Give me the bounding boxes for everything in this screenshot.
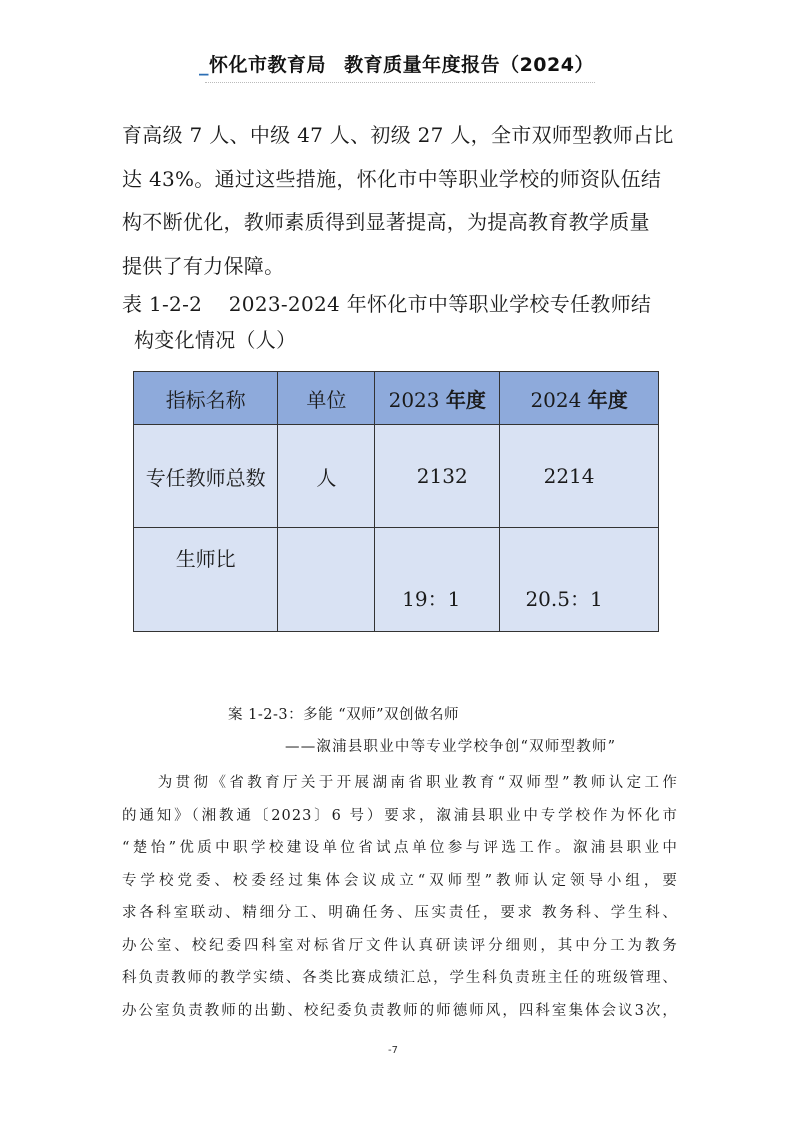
teacher-structure-table: 指标名称 单位 2023 年度 2024 年度 专任教师总数 人 2132 22…: [133, 371, 659, 632]
case-line: 科负责教师的教学实绩、各类比赛成绩汇总，学生科负责班主任的班级管理、: [122, 962, 678, 995]
case-line: 为贯彻《省教育厅关于开展湖南省职业教育“双师型”教师认定工作: [122, 767, 678, 800]
case-line: “楚怡”优质中职学校建设单位省试点单位参与评选工作。溆浦县职业中: [122, 832, 678, 865]
table-header-row: 指标名称 单位 2023 年度 2024 年度: [134, 372, 659, 425]
cell-unit: [278, 528, 375, 632]
header-prefix: _: [199, 54, 209, 76]
intro-paragraph: 育高级 7 人、中级 47 人、初级 27 人，全市双师型教师占比 达 43%。…: [122, 114, 677, 288]
header-2024-suffix: 年度: [588, 388, 628, 412]
intro-line: 提供了有力保障。: [122, 245, 677, 289]
cell-indicator: 专任教师总数: [134, 425, 278, 528]
case-line: 专学校党委、校委经过集体会议成立“双师型”教师认定领导小组，要: [122, 865, 678, 898]
case-subtitle: ——溆浦县职业中等专业学校争创“双师型教师”: [285, 735, 616, 756]
intro-line: 达 43%。通过这些措施，怀化市中等职业学校的师资队伍结: [122, 158, 677, 202]
case-line: 办公室负责教师的出勤、校纪委负责教师的师德师风，四科室集体会议3次，: [122, 995, 678, 1028]
page-header: _怀化市教育局教育质量年度报告（2024）: [0, 50, 793, 77]
intro-line: 构不断优化，教师素质得到显著提高，为提高教育教学质量: [122, 201, 677, 245]
header-2024-year: 2024: [530, 388, 581, 412]
cell-2023: 2132: [375, 425, 500, 528]
intro-line: 育高级 7 人、中级 47 人、初级 27 人，全市双师型教师占比: [122, 114, 677, 158]
table-caption-line2: 构变化情况（人）: [134, 319, 689, 363]
header-unit: 单位: [278, 372, 375, 425]
cell-2023: 19：1: [375, 528, 500, 632]
cell-2024: 2214: [500, 425, 659, 528]
header-indicator: 指标名称: [134, 372, 278, 425]
header-2024: 2024 年度: [500, 372, 659, 425]
header-2023: 2023 年度: [375, 372, 500, 425]
header-2023-year: 2023: [389, 388, 440, 412]
header-org: 怀化市教育局: [209, 54, 326, 76]
table-row: 生师比 19：1 20.5：1: [134, 528, 659, 632]
page-number: -7: [388, 1045, 398, 1056]
header-divider: [205, 82, 595, 83]
header-title: 教育质量年度报告（2024）: [344, 54, 594, 76]
cell-indicator: 生师比: [134, 528, 278, 632]
case-title: 案 1-2-3：多能 “双师”双创做名师: [228, 703, 459, 724]
cell-unit: 人: [278, 425, 375, 528]
case-line: 办公室、校纪委四科室对标省厅文件认真研读评分细则，其中分工为教务: [122, 930, 678, 963]
case-body: 为贯彻《省教育厅关于开展湖南省职业教育“双师型”教师认定工作 的通知》（湘教通〔…: [122, 767, 678, 1027]
table-row: 专任教师总数 人 2132 2214: [134, 425, 659, 528]
case-line: 求各科室联动、精细分工、明确任务、压实责任，要求 教务科、学生科、: [122, 897, 678, 930]
header-2023-suffix: 年度: [446, 388, 486, 412]
case-line: 的通知》（湘教通〔2023〕6 号）要求，溆浦县职业中专学校作为怀化市: [122, 800, 678, 833]
cell-2024: 20.5：1: [500, 528, 659, 632]
